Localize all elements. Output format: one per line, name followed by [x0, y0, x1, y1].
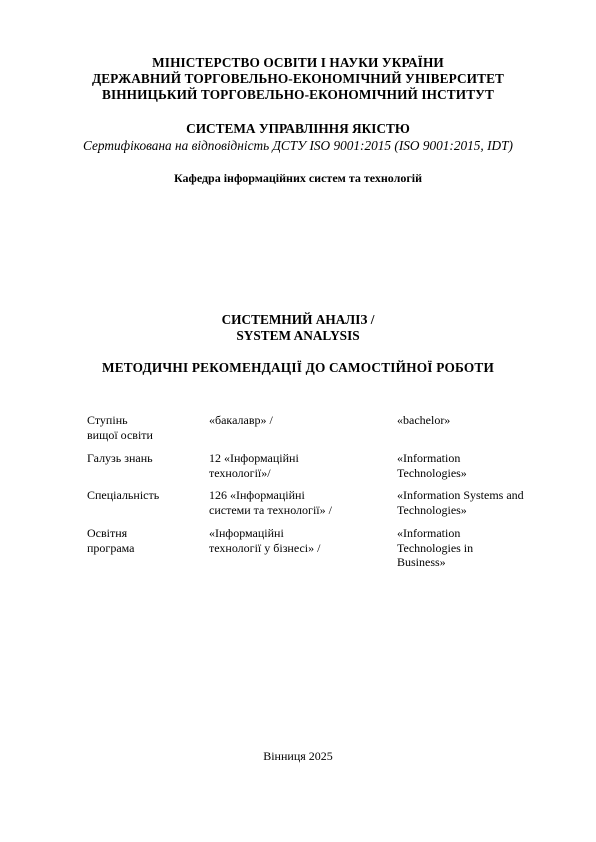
row-label: Галузь знань	[87, 451, 205, 466]
value-line: Technologies»	[397, 503, 557, 518]
department-name: Кафедра інформаційних систем та технолог…	[0, 171, 596, 186]
row-label: Спеціальність	[87, 488, 205, 503]
city-year: Вінниця 2025	[0, 749, 596, 764]
value-line: системи та технології» /	[209, 503, 389, 518]
row-value-ua: «Інформаційні технології у бізнесі» /	[209, 526, 389, 555]
label-line: вищої освіти	[87, 428, 205, 443]
value-line: «Інформаційні	[209, 526, 389, 541]
value-line: 126 «Інформаційні	[209, 488, 389, 503]
course-title-ua: СИСТЕМНИЙ АНАЛІЗ /	[0, 312, 596, 328]
row-value-ua: 12 «Інформаційні технології»/	[209, 451, 389, 480]
certification-line: Сертифікована на відповідність ДСТУ ISO …	[0, 138, 596, 154]
value-line: 12 «Інформаційні	[209, 451, 389, 466]
header-line-university: ДЕРЖАВНИЙ ТОРГОВЕЛЬНО-ЕКОНОМІЧНИЙ УНІВЕР…	[0, 71, 596, 87]
course-title-en: SYSTEM ANALYSIS	[0, 328, 596, 344]
row-value-ua: «бакалавр» /	[209, 413, 389, 428]
row-value-en: «Information Systems and Technologies»	[397, 488, 557, 517]
value-line: Business»	[397, 555, 557, 570]
course-title: СИСТЕМНИЙ АНАЛІЗ / SYSTEM ANALYSIS	[0, 312, 596, 344]
value-line: Technologies»	[397, 466, 557, 481]
value-line: «bachelor»	[397, 413, 557, 428]
row-value-en: «bachelor»	[397, 413, 557, 428]
value-line: технології»/	[209, 466, 389, 481]
row-value-en: «Information Technologies in Business»	[397, 526, 557, 570]
label-line: програма	[87, 541, 205, 556]
value-line: «Information	[397, 451, 557, 466]
row-value-en: «Information Technologies»	[397, 451, 557, 480]
value-line: «Information	[397, 526, 557, 541]
row-label: Освітня програма	[87, 526, 205, 555]
value-line: Technologies in	[397, 541, 557, 556]
value-line: технології у бізнесі» /	[209, 541, 389, 556]
row-label: Ступінь вищої освіти	[87, 413, 205, 442]
label-line: Галузь знань	[87, 451, 205, 466]
label-line: Ступінь	[87, 413, 205, 428]
document-type: МЕТОДИЧНІ РЕКОМЕНДАЦІЇ ДО САМОСТІЙНОЇ РО…	[0, 360, 596, 376]
label-line: Спеціальність	[87, 488, 205, 503]
quality-system-title: СИСТЕМА УПРАВЛІННЯ ЯКІСТЮ	[0, 121, 596, 137]
label-line: Освітня	[87, 526, 205, 541]
header-line-institute: ВІННИЦЬКИЙ ТОРГОВЕЛЬНО-ЕКОНОМІЧНИЙ ІНСТИ…	[0, 87, 596, 103]
header-line-ministry: МІНІСТЕРСТВО ОСВІТИ І НАУКИ УКРАЇНИ	[0, 55, 596, 71]
row-value-ua: 126 «Інформаційні системи та технології»…	[209, 488, 389, 517]
ministry-header: МІНІСТЕРСТВО ОСВІТИ І НАУКИ УКРАЇНИ ДЕРЖ…	[0, 55, 596, 103]
value-line: «Information Systems and	[397, 488, 557, 503]
value-line: «бакалавр» /	[209, 413, 389, 428]
